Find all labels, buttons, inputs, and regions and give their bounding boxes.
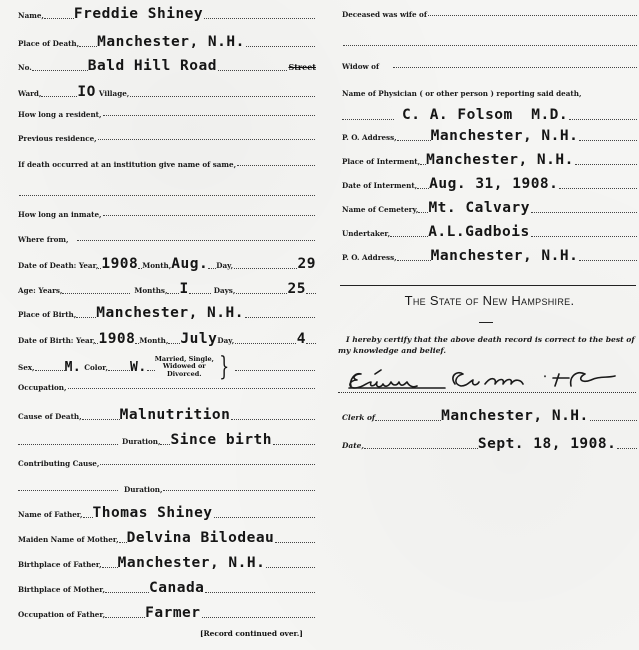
section-divider bbox=[340, 285, 636, 286]
brace-glyph: } bbox=[219, 356, 229, 378]
field-undertaker: Undertaker, A.L.Gadbois bbox=[342, 224, 638, 240]
field-label: Place of Interment, bbox=[342, 157, 420, 166]
field-label: Birthplace of Mother, bbox=[18, 585, 105, 594]
field-cemetery: Name of Cemetery, Mt. Calvary bbox=[342, 200, 638, 216]
field-label: Widow of bbox=[342, 62, 379, 71]
place-of-interment-value: Manchester, N.H. bbox=[426, 152, 574, 168]
field-clerk-of: Clerk of Manchester, N.H. bbox=[342, 408, 638, 424]
field-ward: Ward, IO Village, bbox=[18, 84, 316, 100]
field-label: Birthplace of Father, bbox=[18, 560, 102, 569]
field-label: Place of Death, bbox=[18, 39, 79, 48]
field-label: How long an inmate, bbox=[18, 210, 102, 219]
death-month: Aug. bbox=[171, 256, 208, 272]
clerk-signature bbox=[345, 364, 635, 392]
field-wife-of-line-2 bbox=[342, 38, 638, 46]
color-label: Color, bbox=[84, 363, 108, 372]
field-label: Contributing Cause, bbox=[18, 459, 99, 468]
field-label: If death occurred at an institution give… bbox=[18, 160, 236, 169]
field-name: Name, Freddie Shiney bbox=[18, 6, 316, 22]
certification-date-value: Sept. 18, 1908. bbox=[478, 436, 616, 452]
month-label: Month, bbox=[142, 261, 171, 270]
death-year: 1908 bbox=[101, 256, 138, 272]
field-label: Ward, bbox=[18, 89, 41, 98]
field-sex-color-marital: Sex, M. Color, W. Married, Single, Widow… bbox=[18, 352, 316, 382]
father-occupation-value: Farmer bbox=[145, 605, 200, 621]
field-label: Name of Cemetery, bbox=[342, 205, 418, 214]
place-of-death-value: Manchester, N.H. bbox=[97, 34, 245, 50]
duration-label: Duration, bbox=[122, 437, 160, 446]
field-label: Undertaker, bbox=[342, 229, 390, 238]
field-label: No. bbox=[18, 63, 32, 72]
street-value: Bald Hill Road bbox=[88, 58, 217, 74]
deceased-name: Freddie Shiney bbox=[74, 6, 203, 22]
cause-duration-value: Since birth bbox=[170, 432, 272, 448]
marital-status-label: Married, Single, Widowed or Divorced. bbox=[155, 356, 214, 379]
field-how-long-inmate: How long an inmate, bbox=[18, 210, 316, 219]
field-contributing-cause: Contributing Cause, bbox=[18, 459, 316, 468]
field-label: Where from, bbox=[18, 235, 69, 244]
field-how-long-resident: How long a resident, bbox=[18, 110, 316, 119]
age-days: 25 bbox=[288, 281, 306, 297]
birth-year: 1908 bbox=[98, 331, 135, 347]
field-cause-of-death: Cause of Death, Malnutrition bbox=[18, 407, 316, 423]
months-label: Months, bbox=[134, 286, 167, 295]
field-physician-po-address: P. O. Address, Manchester, N.H. bbox=[342, 128, 638, 144]
field-label: P. O. Address, bbox=[342, 253, 397, 262]
field-physician-value: C. A. Folsom M.D. bbox=[342, 107, 638, 123]
mother-maiden-name-value: Delvina Bilodeau bbox=[127, 530, 275, 546]
field-mother-maiden-name: Maiden Name of Mother, Delvina Bilodeau bbox=[18, 530, 316, 546]
certification-statement: I hereby certify that the above death re… bbox=[338, 334, 638, 356]
field-label: How long a resident, bbox=[18, 110, 102, 119]
village-label: Village, bbox=[99, 89, 129, 98]
days-label: Days, bbox=[214, 286, 236, 295]
physician-name-value: C. A. Folsom M.D. bbox=[402, 107, 568, 123]
field-label: Date of Interment, bbox=[342, 181, 417, 190]
field-where-from: Where from, bbox=[18, 235, 316, 244]
field-father-name: Name of Father, Thomas Shiney bbox=[18, 505, 316, 521]
duration-label: Duration, bbox=[124, 485, 162, 494]
field-contributing-duration: Duration, bbox=[18, 485, 316, 494]
ward-value: IO bbox=[77, 84, 95, 100]
birth-day: 4 bbox=[297, 331, 306, 347]
field-label: Occupation of Father, bbox=[18, 610, 105, 619]
field-label: Date, bbox=[342, 441, 364, 450]
field-previous-residence: Previous residence, bbox=[18, 134, 316, 143]
undertaker-value: A.L.Gadbois bbox=[428, 224, 530, 240]
field-father-occupation: Occupation of Father, Farmer bbox=[18, 605, 316, 621]
place-of-birth-value: Manchester, N.H. bbox=[96, 305, 244, 321]
field-occupation: Occupation, bbox=[18, 383, 316, 392]
field-age: Age: Years, Months, I Days, 25 bbox=[18, 281, 316, 297]
field-label: Deceased was wife of bbox=[342, 10, 427, 19]
field-label: Sex, bbox=[18, 363, 35, 372]
field-father-birthplace: Birthplace of Father, Manchester, N.H. bbox=[18, 555, 316, 571]
field-cause-duration: Duration, Since birth bbox=[18, 432, 316, 448]
father-name-value: Thomas Shiney bbox=[93, 505, 213, 521]
state-title: The State of New Hampshire. bbox=[340, 293, 639, 308]
age-months: I bbox=[179, 281, 188, 297]
field-physician-label: Name of Physician ( or other person ) re… bbox=[342, 89, 638, 98]
month-label: Month, bbox=[139, 336, 168, 345]
field-label: Place of Birth, bbox=[18, 310, 76, 319]
sex-value: M. bbox=[65, 360, 82, 375]
field-label: Occupation, bbox=[18, 383, 67, 392]
date-of-interment-value: Aug. 31, 1908. bbox=[429, 176, 558, 192]
mother-birthplace-value: Canada bbox=[149, 580, 204, 596]
cemetery-value: Mt. Calvary bbox=[428, 200, 530, 216]
record-continued-note: [Record continued over.] bbox=[200, 629, 303, 638]
field-label: Clerk of bbox=[342, 413, 375, 422]
field-place-of-birth: Place of Birth, Manchester, N.H. bbox=[18, 305, 316, 321]
field-place-of-interment: Place of Interment, Manchester, N.H. bbox=[342, 152, 638, 168]
signature-line bbox=[338, 392, 636, 393]
field-place-of-death: Place of Death, Manchester, N.H. bbox=[18, 34, 316, 50]
field-date-of-birth: Date of Birth: Year, 1908 Month, July Da… bbox=[18, 331, 316, 347]
field-label: Age: Years, bbox=[18, 286, 62, 295]
field-label: Previous residence, bbox=[18, 134, 97, 143]
field-widow-of: Widow of bbox=[342, 62, 638, 71]
field-wife-of: Deceased was wife of bbox=[342, 10, 638, 19]
death-record-page: Name, Freddie Shiney Place of Death, Man… bbox=[0, 0, 639, 650]
field-label: Cause of Death, bbox=[18, 412, 82, 421]
field-label: Date of Birth: Year, bbox=[18, 336, 95, 345]
field-label: Name of Father, bbox=[18, 510, 83, 519]
struck-out-label: Street bbox=[288, 62, 316, 72]
field-label: Maiden Name of Mother, bbox=[18, 535, 119, 544]
field-street-number: No. Bald Hill Road Street bbox=[18, 58, 316, 74]
field-label: Name of Physician ( or other person ) re… bbox=[342, 89, 581, 98]
field-undertaker-po-address: P. O. Address, Manchester, N.H. bbox=[342, 248, 638, 264]
field-label: Name, bbox=[18, 11, 44, 20]
field-date-of-interment: Date of Interment, Aug. 31, 1908. bbox=[342, 176, 638, 192]
physician-po-value: Manchester, N.H. bbox=[431, 128, 579, 144]
field-label: P. O. Address, bbox=[342, 133, 397, 142]
field-institution-line-2 bbox=[18, 186, 316, 196]
title-underline bbox=[479, 322, 493, 323]
field-mother-birthplace: Birthplace of Mother, Canada bbox=[18, 580, 316, 596]
undertaker-po-value: Manchester, N.H. bbox=[431, 248, 579, 264]
day-label: Day, bbox=[217, 336, 234, 345]
day-label: Day, bbox=[216, 261, 233, 270]
father-birthplace-value: Manchester, N.H. bbox=[118, 555, 266, 571]
color-value: W. bbox=[130, 360, 147, 375]
field-date: Date, Sept. 18, 1908. bbox=[342, 436, 638, 452]
field-institution: If death occurred at an institution give… bbox=[18, 160, 316, 169]
field-date-of-death: Date of Death: Year, 1908 Month, Aug. Da… bbox=[18, 256, 316, 272]
birth-month: July bbox=[180, 331, 217, 347]
clerk-of-value: Manchester, N.H. bbox=[441, 408, 589, 424]
field-label: Date of Death: Year, bbox=[18, 261, 98, 270]
death-day: 29 bbox=[298, 256, 316, 272]
cause-of-death-value: Malnutrition bbox=[120, 407, 231, 423]
